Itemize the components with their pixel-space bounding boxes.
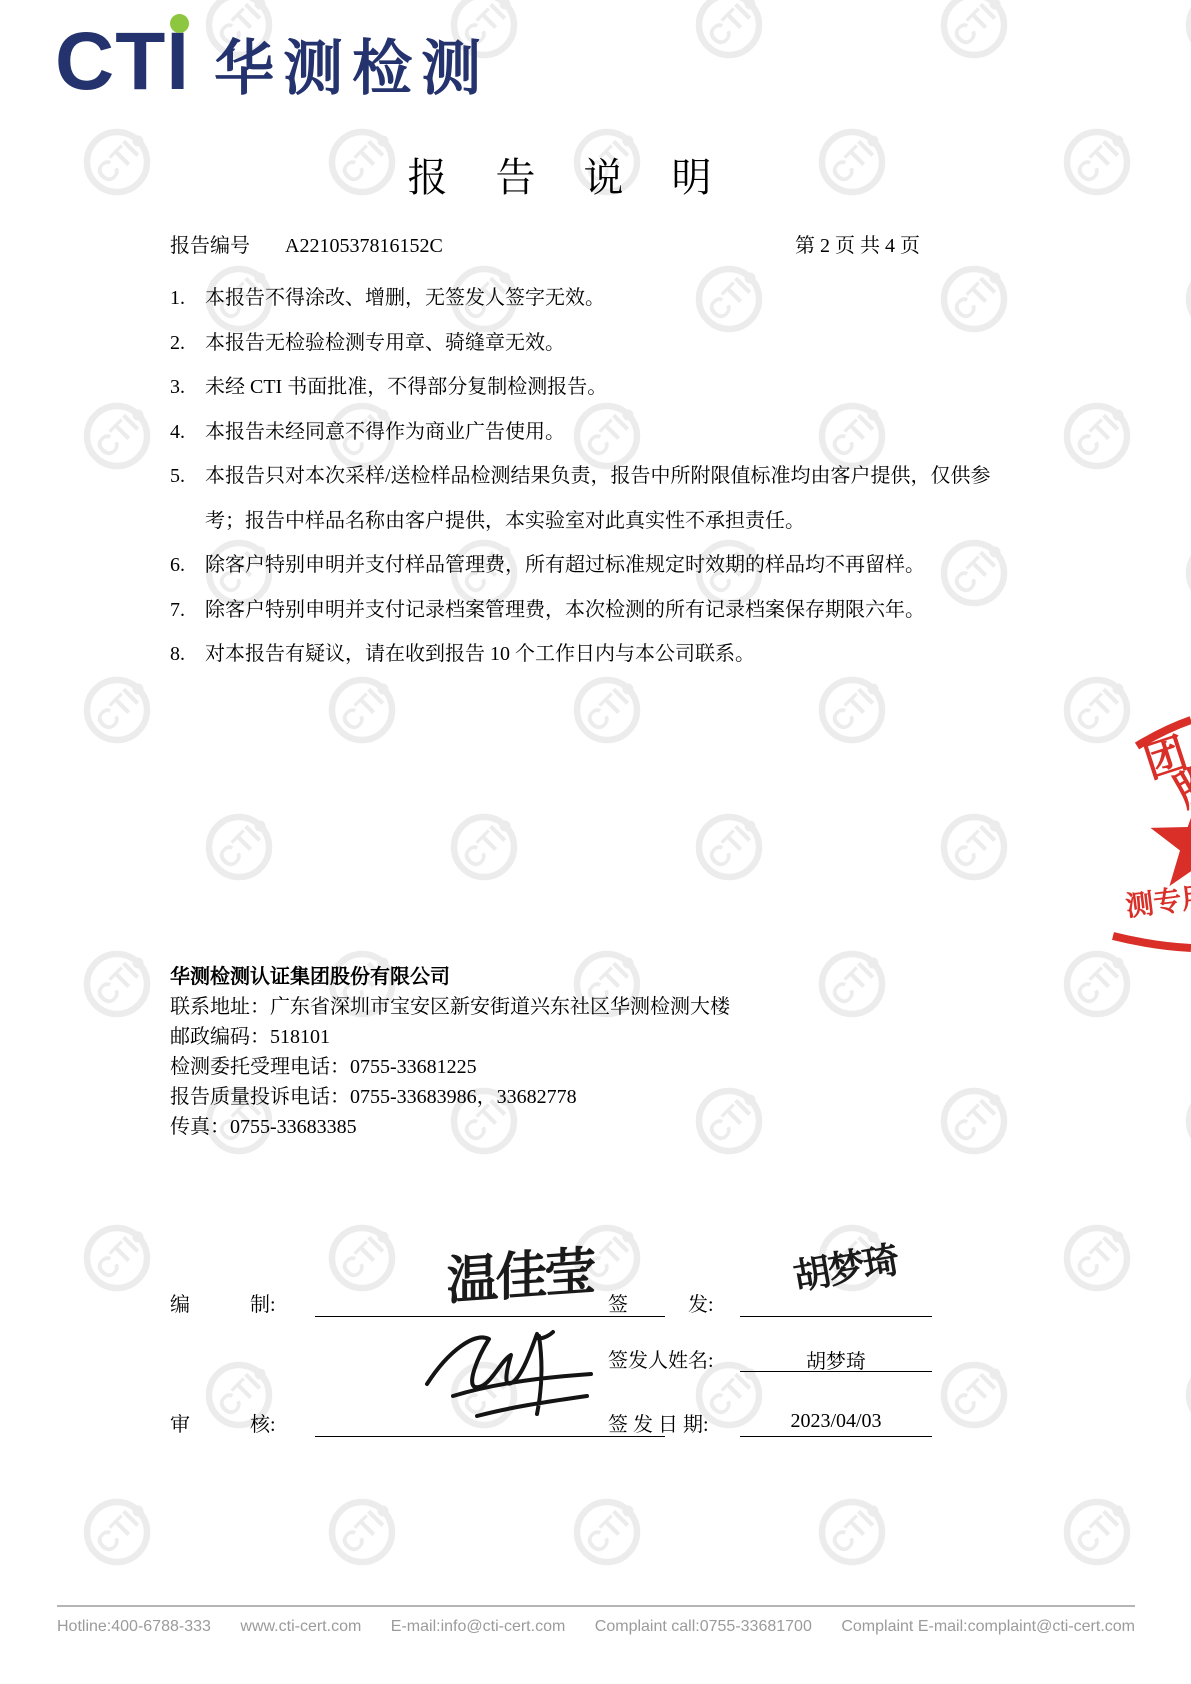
svg-text:测专用: 测专用 bbox=[1124, 880, 1191, 923]
svg-text:CTI: CTI bbox=[947, 0, 1003, 54]
cti-watermark-icon: CTI bbox=[570, 673, 644, 747]
cti-watermark-icon: CTI bbox=[815, 673, 889, 747]
page-title: 报 告 说 明 bbox=[0, 146, 1125, 203]
note-text: 本报告只对本次采样/送检样品检测结果负责，报告中所附限值标准均由客户提供，仅供参… bbox=[205, 454, 1005, 543]
issuer-name-line bbox=[740, 1371, 932, 1372]
company-address: 联系地址：广东省深圳市宝安区新安街道兴东社区华测检测大楼 bbox=[170, 992, 730, 1022]
footer-divider bbox=[57, 1605, 1135, 1607]
svg-text:CTI: CTI bbox=[702, 820, 758, 876]
note-text: 对本报告有疑议，请在收到报告 10 个工作日内与本公司联系。 bbox=[205, 632, 1005, 677]
cti-logo-letters: CTI bbox=[55, 24, 190, 99]
cti-watermark-icon: CTI bbox=[80, 1221, 154, 1295]
cti-watermark-icon: CTI bbox=[80, 399, 154, 473]
note-item-4: 4.本报告未经同意不得作为商业广告使用。 bbox=[170, 410, 1015, 455]
prepared-by-signature: 温佳莹 bbox=[400, 1226, 639, 1318]
cti-logo: CTI 华测检测 bbox=[55, 24, 490, 99]
cti-watermark-icon: CTI bbox=[1182, 1358, 1191, 1432]
issued-by-label: 签 发: bbox=[608, 1288, 714, 1317]
company-complaint-phone: 报告质量投诉电话：0755-33683986，33682778 bbox=[170, 1082, 730, 1112]
svg-text:CTI: CTI bbox=[335, 1231, 391, 1287]
note-number: 8. bbox=[170, 632, 205, 677]
issued-by-signature-line bbox=[740, 1316, 932, 1317]
issue-date-value: 2023/04/03 bbox=[740, 1410, 932, 1433]
svg-text:CTI: CTI bbox=[1070, 1505, 1126, 1561]
prepared-by-label: 编 制: bbox=[170, 1288, 276, 1317]
footer-contact-item: www.cti-cert.com bbox=[240, 1618, 361, 1636]
cti-logo-green-dot-icon bbox=[170, 14, 189, 33]
note-item-3: 3.未经 CTI 书面批准，不得部分复制检测报告。 bbox=[170, 365, 1015, 410]
svg-text:CTI: CTI bbox=[457, 820, 513, 876]
svg-text:CTI: CTI bbox=[335, 1505, 391, 1561]
note-number: 1. bbox=[170, 276, 205, 321]
cti-watermark-icon: CTI bbox=[1182, 262, 1191, 336]
cti-watermark-icon: CTI bbox=[937, 1358, 1011, 1432]
cti-watermark-icon: CTI bbox=[937, 0, 1011, 62]
svg-text:CTI: CTI bbox=[947, 1368, 1003, 1424]
note-item-8: 8.对本报告有疑议，请在收到报告 10 个工作日内与本公司联系。 bbox=[170, 632, 1015, 677]
footer-contact-item: Hotline:400-6788-333 bbox=[57, 1618, 211, 1636]
svg-text:CTI: CTI bbox=[90, 957, 146, 1013]
company-red-stamp-icon: 团 股 测专用 bbox=[1055, 648, 1191, 960]
svg-text:CTI: CTI bbox=[90, 1505, 146, 1561]
cti-watermark-icon: CTI bbox=[937, 810, 1011, 884]
cti-watermark-icon: CTI bbox=[692, 0, 766, 62]
cti-watermark-icon: CTI bbox=[202, 810, 276, 884]
note-item-6: 6.除客户特别申明并支付样品管理费，所有超过标准规定时效期的样品均不再留样。 bbox=[170, 543, 1015, 588]
svg-text:CTI: CTI bbox=[90, 409, 146, 465]
footer-contact-item: Complaint call:0755-33681700 bbox=[595, 1618, 812, 1636]
cti-logo-text: CTI bbox=[55, 16, 190, 107]
svg-text:CTI: CTI bbox=[1070, 409, 1126, 465]
note-text: 本报告不得涂改、增删，无签发人签字无效。 bbox=[205, 276, 1005, 321]
issue-date-label: 签 发 日 期: bbox=[608, 1408, 709, 1437]
cti-watermark-icon: CTI bbox=[80, 947, 154, 1021]
cti-watermark-icon: CTI bbox=[447, 810, 521, 884]
cti-watermark-icon: CTI bbox=[815, 947, 889, 1021]
company-postal-code: 邮政编码：518101 bbox=[170, 1022, 730, 1052]
svg-text:CTI: CTI bbox=[825, 957, 881, 1013]
svg-text:CTI: CTI bbox=[702, 0, 758, 54]
notes-list: 1.本报告不得涂改、增删，无签发人签字无效。2.本报告无检验检测专用章、骑缝章无… bbox=[170, 276, 1015, 677]
note-item-1: 1.本报告不得涂改、增删，无签发人签字无效。 bbox=[170, 276, 1015, 321]
company-accept-phone: 检测委托受理电话：0755-33681225 bbox=[170, 1052, 730, 1082]
cti-watermark-icon: CTI bbox=[1182, 536, 1191, 610]
report-number-value: A2210537816152C bbox=[285, 235, 443, 257]
svg-text:CTI: CTI bbox=[580, 1505, 636, 1561]
company-info: 华测检测认证集团股份有限公司 联系地址：广东省深圳市宝安区新安街道兴东社区华测检… bbox=[170, 962, 730, 1142]
cti-watermark-icon: CTI bbox=[1060, 1221, 1134, 1295]
note-text: 除客户特别申明并支付记录档案管理费，本次检测的所有记录档案保存期限六年。 bbox=[205, 588, 1005, 633]
footer-contact-item: E-mail:info@cti-cert.com bbox=[391, 1618, 566, 1636]
note-number: 2. bbox=[170, 321, 205, 366]
note-item-5: 5.本报告只对本次采样/送检样品检测结果负责，报告中所附限值标准均由客户提供，仅… bbox=[170, 454, 1015, 543]
cti-watermark-icon: CTI bbox=[80, 1495, 154, 1569]
note-item-2: 2.本报告无检验检测专用章、骑缝章无效。 bbox=[170, 321, 1015, 366]
svg-text:CTI: CTI bbox=[825, 683, 881, 739]
svg-text:CTI: CTI bbox=[580, 683, 636, 739]
cti-watermark-icon: CTI bbox=[692, 810, 766, 884]
note-item-7: 7.除客户特别申明并支付记录档案管理费，本次检测的所有记录档案保存期限六年。 bbox=[170, 588, 1015, 633]
note-text: 除客户特别申明并支付样品管理费，所有超过标准规定时效期的样品均不再留样。 bbox=[205, 543, 1005, 588]
svg-text:CTI: CTI bbox=[1070, 1231, 1126, 1287]
note-text: 本报告无检验检测专用章、骑缝章无效。 bbox=[205, 321, 1005, 366]
note-number: 7. bbox=[170, 588, 205, 633]
company-name: 华测检测认证集团股份有限公司 bbox=[170, 962, 730, 992]
issuer-name-label: 签发人姓名: bbox=[608, 1344, 714, 1373]
reviewed-by-label: 审 核: bbox=[170, 1408, 276, 1437]
svg-text:CTI: CTI bbox=[90, 1231, 146, 1287]
issuer-name-value: 胡梦琦 bbox=[740, 1345, 932, 1374]
cti-watermark-icon: CTI bbox=[1060, 1495, 1134, 1569]
cti-watermark-icon: CTI bbox=[570, 1495, 644, 1569]
svg-text:CTI: CTI bbox=[947, 1094, 1003, 1150]
cti-logo-chinese: 华测检测 bbox=[214, 39, 490, 99]
report-number-row: 报告编号 A2210537816152C bbox=[170, 229, 443, 258]
report-number-label: 报告编号 bbox=[170, 235, 250, 257]
cti-watermark-icon: CTI bbox=[325, 673, 399, 747]
reviewed-by-signature bbox=[415, 1322, 610, 1434]
svg-text:CTI: CTI bbox=[825, 1505, 881, 1561]
svg-text:CTI: CTI bbox=[212, 820, 268, 876]
report-page: CTICTICTICTICTICTICTICTICTICTICTICTICTIC… bbox=[0, 0, 1191, 1684]
cti-watermark-icon: CTI bbox=[80, 673, 154, 747]
svg-text:CTI: CTI bbox=[335, 683, 391, 739]
note-number: 6. bbox=[170, 543, 205, 588]
note-text: 未经 CTI 书面批准，不得部分复制检测报告。 bbox=[205, 365, 1005, 410]
page-indicator: 第 2 页 共 4 页 bbox=[795, 229, 920, 258]
note-number: 5. bbox=[170, 454, 205, 543]
note-number: 3. bbox=[170, 365, 205, 410]
cti-watermark-icon: CTI bbox=[815, 1495, 889, 1569]
cti-watermark-icon: CTI bbox=[325, 1221, 399, 1295]
footer-contact-item: Complaint E-mail:complaint@cti-cert.com bbox=[841, 1618, 1135, 1636]
note-number: 4. bbox=[170, 410, 205, 455]
footer-contact-bar: Hotline:400-6788-333www.cti-cert.comE-ma… bbox=[57, 1618, 1135, 1636]
cti-watermark-icon: CTI bbox=[1182, 0, 1191, 62]
cti-watermark-icon: CTI bbox=[937, 1084, 1011, 1158]
svg-text:CTI: CTI bbox=[947, 820, 1003, 876]
svg-text:CTI: CTI bbox=[1070, 957, 1126, 1013]
issued-by-signature: 胡梦琦 bbox=[752, 1223, 939, 1307]
svg-text:CTI: CTI bbox=[90, 683, 146, 739]
cti-watermark-icon: CTI bbox=[1182, 1084, 1191, 1158]
issue-date-line bbox=[740, 1436, 932, 1437]
cti-watermark-icon: CTI bbox=[325, 1495, 399, 1569]
company-fax: 传真：0755-33683385 bbox=[170, 1112, 730, 1142]
note-text: 本报告未经同意不得作为商业广告使用。 bbox=[205, 410, 1005, 455]
cti-watermark-icon: CTI bbox=[1060, 399, 1134, 473]
